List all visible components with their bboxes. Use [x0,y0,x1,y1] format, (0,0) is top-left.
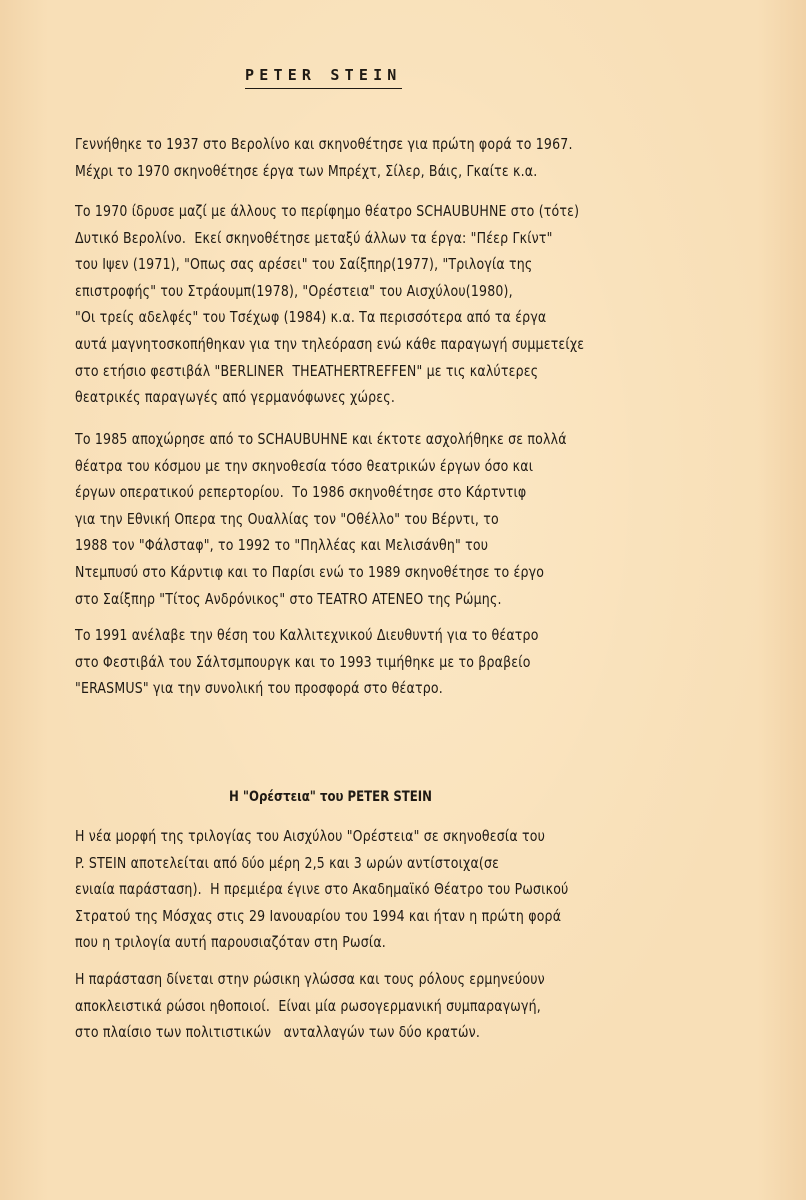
document-page: PETER STEIN Γεννήθηκε το 1937 στο Βερολί… [0,0,806,1200]
paragraph-oresteia: Η νέα μορφή της τριλογίας του Αισχύλου "… [75,823,707,956]
text-line: Το 1985 αποχώρησε από το SCHAUBUHNE και … [75,426,707,453]
text-line: για την Εθνική Οπερα της Ουαλλίας τον "Ο… [75,506,707,533]
text-line: που η τριλογία αυτή παρουσιαζόταν στη Ρω… [75,929,707,956]
text-line: P. STEIN αποτελείται από δύο μέρη 2,5 κα… [75,850,707,877]
section-heading: Η "Ορέστεια" του PETER STEIN [229,789,432,805]
text-line: Το 1970 ίδρυσε μαζί με άλλους το περίφημ… [75,198,707,225]
text-line: αποκλειστικά ρώσοι ηθοποιοί. Είναι μία ρ… [75,993,707,1020]
text-line: στο Φεστιβάλ του Σάλτσμπουργκ και το 199… [75,649,707,676]
text-line: επιστροφής" του Στράουμπ(1978), "Ορέστει… [75,278,707,305]
text-line: Το 1991 ανέλαβε την θέση του Καλλιτεχνικ… [75,622,707,649]
paragraph-schaubuhne: Το 1970 ίδρυσε μαζί με άλλους το περίφημ… [75,198,707,411]
text-line: Ντεμπυσύ στο Κάρντιφ και το Παρίσι ενώ τ… [75,559,707,586]
text-line: Η νέα μορφή της τριλογίας του Αισχύλου "… [75,823,707,850]
text-line: θεατρικές παραγωγές από γερμανόφωνες χώρ… [75,384,707,411]
page-title: PETER STEIN [245,66,402,89]
text-line: αυτά μαγνητοσκοπήθηκαν για την τηλεόραση… [75,331,707,358]
text-line: Δυτικό Βερολίνο. Εκεί σκηνοθέτησε μεταξύ… [75,225,707,252]
text-line: Στρατού της Μόσχας στις 29 Ιανουαρίου το… [75,903,707,930]
text-line: στο ετήσιο φεστιβάλ "BERLINER THEATHERTR… [75,358,707,385]
text-line: στο Σαίξπηρ "Τίτος Ανδρόνικος" στο TEATR… [75,586,707,613]
text-line: ενιαία παράσταση). Η πρεμιέρα έγινε στο … [75,876,707,903]
text-line: Μέχρι το 1970 σκηνοθέτησε έργα των Μπρέχ… [75,158,707,185]
text-line: Γεννήθηκε το 1937 στο Βερολίνο και σκηνο… [75,131,707,158]
text-line: "Οι τρείς αδελφές" του Τσέχωφ (1984) κ.α… [75,304,707,331]
paragraph-birth: Γεννήθηκε το 1937 στο Βερολίνο και σκηνο… [75,131,707,184]
text-line: Η παράσταση δίνεται στην ρώσικη γλώσσα κ… [75,966,707,993]
text-line: του Ιψεν (1971), "Οπως σας αρέσει" του Σ… [75,251,707,278]
paragraph-opera: Το 1985 αποχώρησε από το SCHAUBUHNE και … [75,426,707,612]
paragraph-performance: Η παράσταση δίνεται στην ρώσικη γλώσσα κ… [75,966,707,1046]
text-line: θέατρα του κόσμου με την σκηνοθεσία τόσο… [75,453,707,480]
text-line: 1988 τον "Φάλσταφ", το 1992 το "Πηλλέας … [75,532,707,559]
paragraph-salzburg: Το 1991 ανέλαβε την θέση του Καλλιτεχνικ… [75,622,707,702]
text-line: στο πλαίσιο των πολιτιστικών ανταλλαγών … [75,1019,707,1046]
text-line: έργων οπερατικού ρεπερτορίου. Το 1986 σκ… [75,479,707,506]
text-line: "ERASMUS" για την συνολική του προσφορά … [75,675,707,702]
